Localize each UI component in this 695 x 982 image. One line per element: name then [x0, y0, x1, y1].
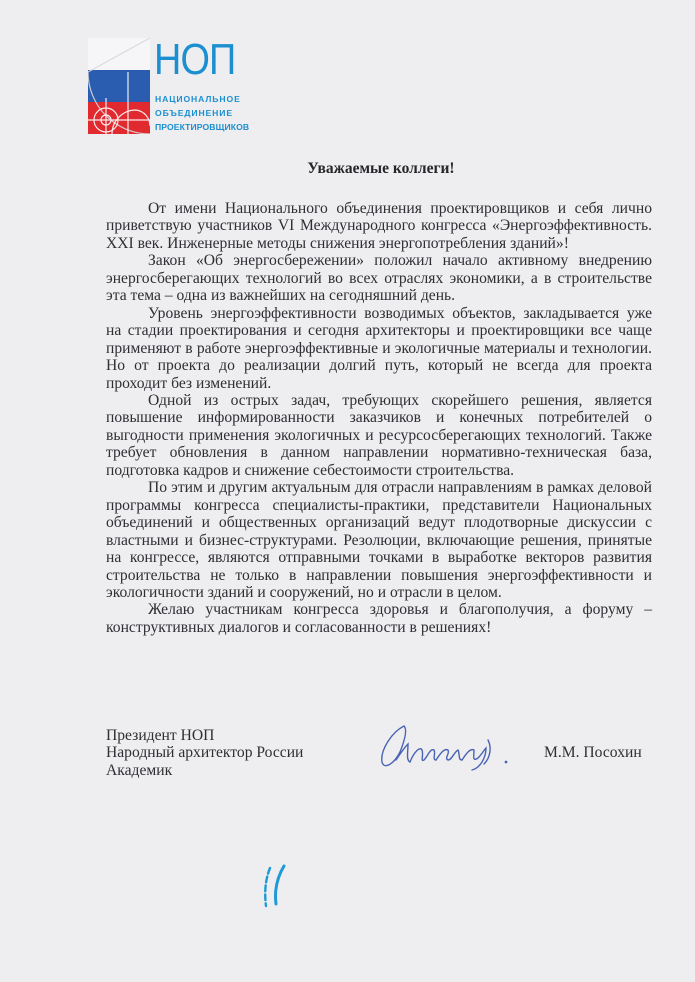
signatory-title: Народный архитектор России — [106, 744, 303, 761]
handwritten-mark — [258, 858, 298, 918]
paragraph: Закон «Об энергосбережении» положил нача… — [106, 252, 652, 304]
logo-title: НОП — [154, 38, 235, 82]
logo-subtitle-line: ОБЪЕДИНЕНИЕ — [155, 108, 233, 118]
paragraph: Уровень энергоэффективности возводимых о… — [106, 305, 652, 392]
paragraph: Желаю участникам конгресса здоровья и бл… — [106, 601, 652, 636]
paragraph: От имени Национального объединения проек… — [106, 200, 652, 252]
signatory-title: Академик — [106, 762, 303, 779]
nop-logo: НОП НАЦИОНАЛЬНОЕ ОБЪЕДИНЕНИЕ ПРОЕКТИРОВЩ… — [88, 38, 238, 138]
logo-subtitle-line: ПРОЕКТИРОВЩИКОВ — [155, 122, 249, 132]
signatory-name: М.М. Посохин — [544, 744, 642, 762]
signatory-titles: Президент НОП Народный архитектор России… — [106, 727, 303, 779]
letter-greeting: Уважаемые коллеги! — [0, 160, 695, 178]
logo-flag-spiral-icon — [88, 38, 150, 134]
paragraph: По этим и другим актуальным для отрасли … — [106, 479, 652, 601]
letter-body: От имени Национального объединения проек… — [106, 200, 652, 636]
paragraph: Одной из острых задач, требующих скорейш… — [106, 392, 652, 479]
logo-subtitle-line: НАЦИОНАЛЬНОЕ — [155, 94, 241, 104]
signatory-title: Президент НОП — [106, 727, 303, 744]
handwritten-signature — [374, 718, 524, 778]
